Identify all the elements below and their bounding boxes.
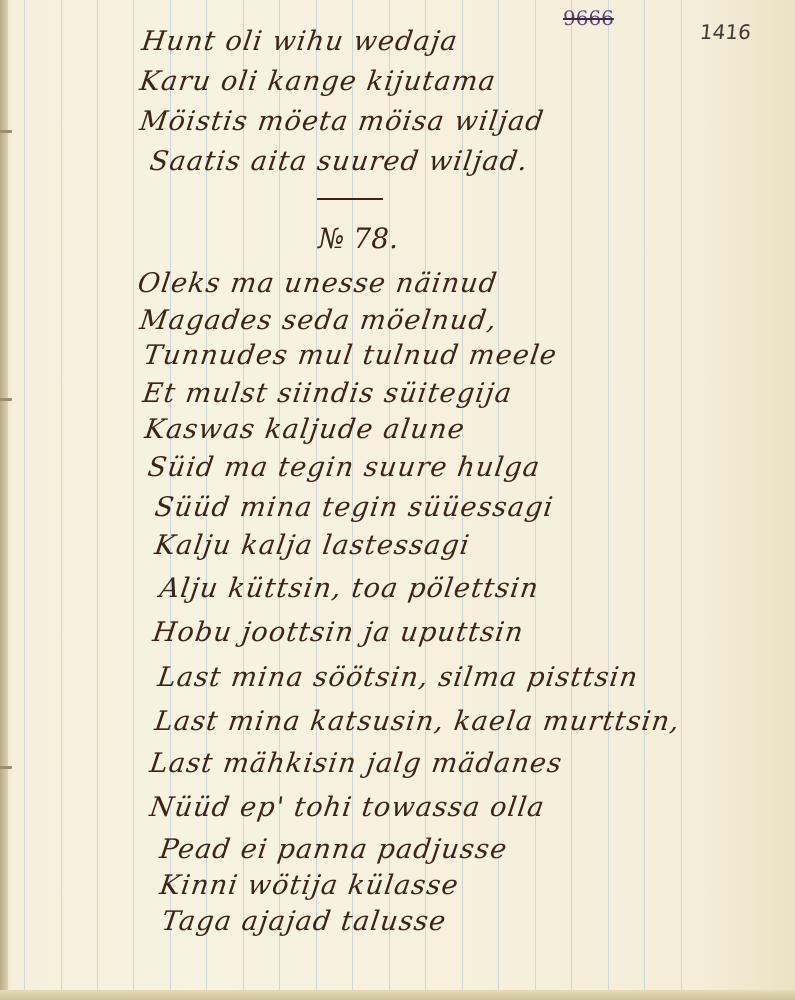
ruled-line: [608, 0, 609, 992]
poem-line: Magades seda möelnud,: [138, 305, 499, 336]
poem-line: Kinni wötija külasse: [158, 870, 461, 901]
poem-line: Alju küttsin, toa pölettsin: [158, 573, 541, 604]
ruled-line: [24, 0, 25, 992]
section-divider: [317, 198, 383, 200]
ruled-line: [97, 0, 98, 992]
binding-staple: [0, 398, 12, 401]
ruled-line: [681, 0, 682, 992]
poem-line: Hobu joottsin ja uputtsin: [151, 617, 526, 648]
poem-line: Nüüd ep' tohi towassa olla: [148, 792, 547, 823]
ruled-line: [571, 0, 572, 992]
page-bottom-edge: [0, 990, 795, 1000]
binding-staple: [0, 766, 12, 769]
poem-line: Taga ajajad talusse: [160, 906, 449, 937]
poem-line: Saatis aita suured wiljad.: [148, 146, 531, 177]
poem-line: Kalju kalja lastessagi: [153, 530, 472, 561]
page-number: 1416: [699, 20, 752, 44]
archive-stamp-number: 9666: [563, 6, 614, 30]
poem-line: Et mulst siindis süitegija: [141, 378, 515, 409]
manuscript-page: 9666 1416 Hunt oli wihu wedaja Karu oli …: [0, 0, 795, 1000]
poem-line: Pead ei panna padjusse: [158, 834, 510, 865]
page-binding-edge: [0, 0, 8, 1000]
ruled-line: [61, 0, 62, 992]
ruled-line: [133, 0, 134, 992]
poem-line: Tunnudes mul tulnud meele: [142, 340, 560, 371]
poem-line: Süid ma tegin suure hulga: [146, 452, 543, 483]
poem-line: Möistis möeta möisa wiljad: [138, 106, 546, 137]
binding-staple: [0, 130, 12, 133]
poem-line: Oleks ma unesse näinud: [136, 268, 500, 299]
ruled-line: [644, 0, 645, 992]
poem-line: Last mina söötsin, silma pisttsin: [156, 662, 641, 693]
poem-line: Hunt oli wihu wedaja: [140, 26, 460, 57]
poem-line: Kaswas kaljude alune: [143, 414, 467, 445]
poem-line: Süüd mina tegin süüessagi: [153, 492, 556, 523]
poem-line: Last mina katsusin, kaela murttsin,: [153, 706, 682, 737]
poem-number: № 78.: [318, 222, 398, 255]
poem-line: Last mähkisin jalg mädanes: [148, 748, 565, 779]
poem-line: Karu oli kange kijutama: [138, 66, 498, 97]
